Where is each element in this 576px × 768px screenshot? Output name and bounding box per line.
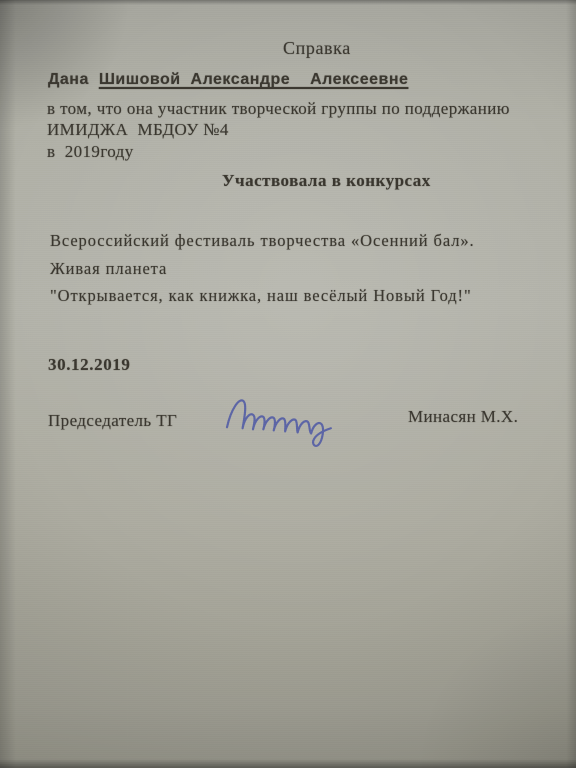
body-line-3: в 2019году — [47, 142, 134, 162]
body-line-2: ИМИДЖА МБДОУ №4 — [47, 120, 229, 140]
recipient-name: Шишовой Александре Алексеевне — [99, 71, 409, 88]
contest-item: Всероссийский фестиваль творчества «Осен… — [50, 231, 475, 251]
contest-item: "Открывается, как книжка, наш весёлый Но… — [50, 286, 472, 306]
body-line-1: в том, что она участник творческой групп… — [47, 99, 510, 119]
signer-role: Председатель ТГ — [48, 411, 177, 431]
recipient-prefix: Дана — [48, 71, 99, 88]
document-photo: Справка Дана Шишовой Александре Алексеев… — [0, 0, 576, 768]
certificate-title: Справка — [283, 38, 351, 60]
contest-item: Живая планета — [50, 259, 167, 279]
section-heading: Участвовала в конкурсах — [222, 171, 431, 191]
date: 30.12.2019 — [48, 355, 131, 375]
handwritten-signature-icon — [222, 394, 340, 448]
recipient-line: Дана Шишовой Александре Алексеевне — [48, 70, 408, 89]
signer-name: Минасян М.Х. — [408, 407, 518, 427]
